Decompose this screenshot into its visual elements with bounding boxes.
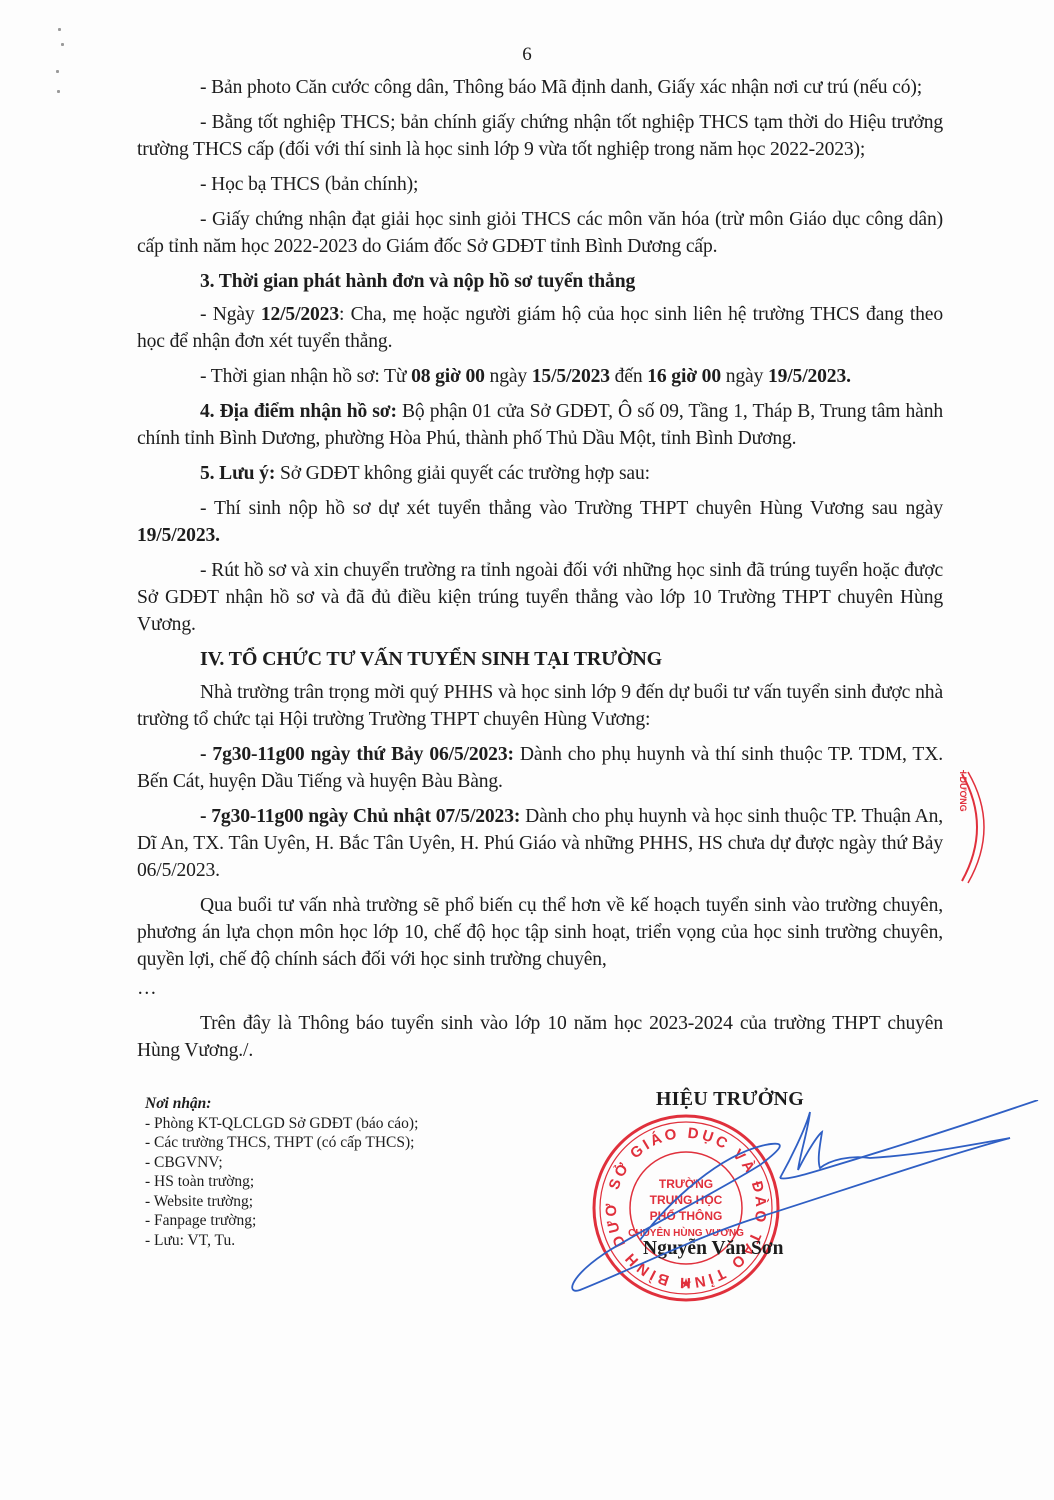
requirement-id-docs: - Bản photo Căn cước công dân, Thông báo… [137, 74, 943, 101]
session-saturday: - 7g30-11g00 ngày thứ Bảy 06/5/2023: Dàn… [137, 741, 943, 795]
recipients-list: Nơi nhận: - Phòng KT-QLCLGD Sở GDĐT (báo… [145, 1094, 418, 1250]
scan-artifact [57, 90, 60, 93]
recipient-item: - CBGVNV; [145, 1153, 418, 1173]
ellipsis: … [137, 975, 943, 1002]
date-highlight: 19/5/2023. [768, 366, 851, 387]
recipient-item: - Các trường THCS, THPT (có cấp THCS); [145, 1133, 418, 1153]
section-5-text: Sở GDĐT không giải quyết các trường hợp … [275, 463, 650, 484]
requirement-transcript: - Học bạ THCS (bản chính); [137, 171, 943, 198]
recipient-item: - Website trường; [145, 1192, 418, 1212]
date-highlight: 19/5/2023. [137, 525, 220, 546]
requirement-diploma: - Bằng tốt nghiệp THCS; bản chính giấy c… [137, 109, 943, 163]
section-iv-heading: IV. TỔ CHỨC TƯ VẤN TUYỂN SINH TẠI TRƯỜNG [137, 646, 943, 673]
partial-stamp-edge: BÌNH DƯƠNG [958, 770, 998, 885]
date-highlight: 15/5/2023 [532, 366, 610, 387]
time-highlight: 08 giờ 00 [411, 366, 485, 387]
section-4: 4. Địa điểm nhận hồ sơ: Bộ phận 01 cửa S… [137, 398, 943, 452]
section-iv-intro: Nhà trường trân trọng mời quý PHHS và họ… [137, 679, 943, 733]
document-body: - Bản photo Căn cước công dân, Thông báo… [137, 74, 943, 1072]
section-3-item-1: - Ngày 12/5/2023: Cha, mẹ hoặc người giá… [137, 301, 943, 355]
section-3-item-2: - Thời gian nhận hồ sơ: Từ 08 giờ 00 ngà… [137, 363, 943, 390]
date-highlight: 12/5/2023 [261, 304, 339, 325]
recipient-item: - Phòng KT-QLCLGD Sở GDĐT (báo cáo); [145, 1114, 418, 1134]
recipients-label: Nơi nhận: [145, 1094, 418, 1114]
stamp-edge-text: BÌNH DƯƠNG [958, 770, 968, 812]
text-run: ngày [721, 366, 768, 387]
text-run: đến [610, 366, 647, 387]
recipient-item: - Lưu: VT, Tu. [145, 1231, 418, 1251]
section-5-heading: 5. Lưu ý: [200, 463, 275, 484]
time-highlight: 16 giờ 00 [647, 366, 721, 387]
section-4-heading: 4. Địa điểm nhận hồ sơ: [200, 401, 397, 422]
session-time: - 7g30-11g00 ngày Chủ nhật 07/5/2023: [200, 806, 520, 827]
text-run: ngày [485, 366, 532, 387]
closing-statement: Trên đây là Thông báo tuyển sinh vào lớp… [137, 1010, 943, 1064]
text-run: - Thời gian nhận hồ sơ: Từ [200, 366, 411, 387]
section-iv-outro: Qua buổi tư vấn nhà trường sẽ phổ biến c… [137, 892, 943, 973]
session-time: - 7g30-11g00 ngày thứ Bảy 06/5/2023: [200, 744, 514, 765]
scan-artifact [56, 70, 59, 73]
session-sunday: - 7g30-11g00 ngày Chủ nhật 07/5/2023: Dà… [137, 803, 943, 884]
section-5-item-1: - Thí sinh nộp hồ sơ dự xét tuyển thẳng … [137, 495, 943, 549]
recipient-item: - HS toàn trường; [145, 1172, 418, 1192]
recipient-item: - Fanpage trường; [145, 1211, 418, 1231]
section-5: 5. Lưu ý: Sở GDĐT không giải quyết các t… [137, 460, 943, 487]
page-number: 6 [0, 44, 1054, 66]
section-3-heading: 3. Thời gian phát hành đơn và nộp hồ sơ … [137, 268, 943, 295]
requirement-award-certificate: - Giấy chứng nhận đạt giải học sinh giỏi… [137, 206, 943, 260]
text-run: - Ngày [200, 304, 261, 325]
handwritten-signature [570, 1100, 1040, 1300]
section-5-item-2: - Rút hồ sơ và xin chuyển trường ra tỉnh… [137, 557, 943, 638]
scan-artifact [58, 28, 61, 31]
text-run: - Thí sinh nộp hồ sơ dự xét tuyển thẳng … [200, 498, 943, 519]
document-page: 6 - Bản photo Căn cước công dân, Thông b… [0, 0, 1054, 1500]
